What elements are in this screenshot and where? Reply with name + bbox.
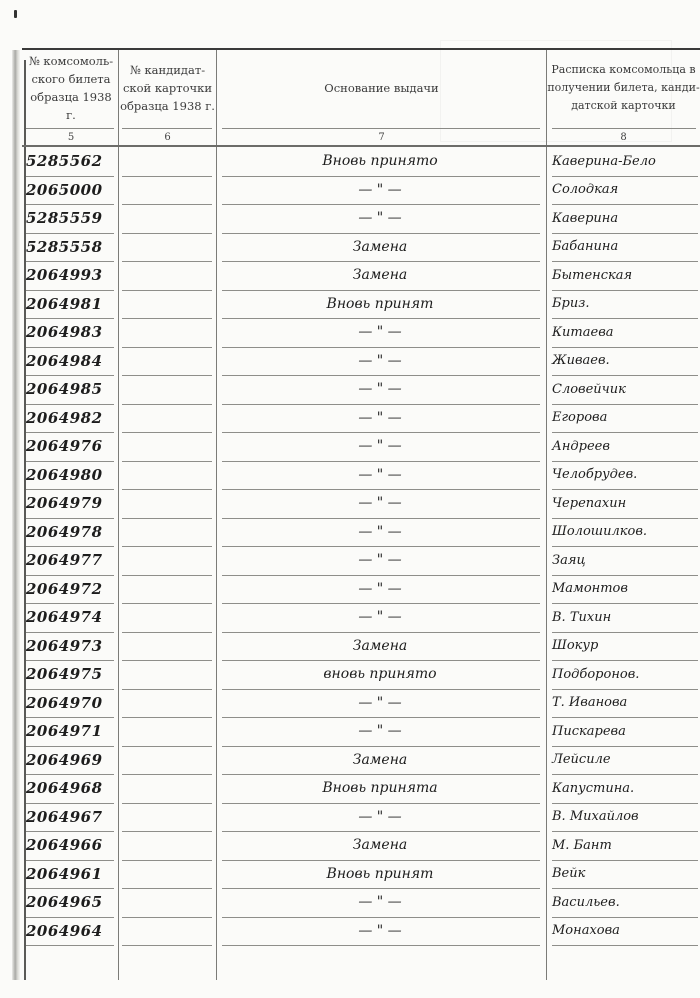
ticket-number: 2064981 xyxy=(26,291,126,317)
ticket-number: 2064983 xyxy=(26,319,126,345)
issue-reason: Замена xyxy=(220,262,540,288)
header-receipt-signature: Расписка комсомольца в получении билета,… xyxy=(547,52,700,124)
ink-mark xyxy=(14,10,17,18)
column-number-5: 5 xyxy=(24,130,118,144)
issue-reason: — " — xyxy=(220,576,540,602)
row-rule xyxy=(122,290,212,291)
receipt-signature: Бабанина xyxy=(548,234,700,260)
row-rule xyxy=(122,632,212,633)
row-rule xyxy=(122,233,212,234)
row-rule xyxy=(26,945,114,946)
receipt-signature: Шокур xyxy=(548,633,700,659)
row-rule xyxy=(122,461,212,462)
header-text: Основание выдачи xyxy=(324,79,438,97)
column-divider-7-8 xyxy=(546,50,547,980)
receipt-signature: Васильев. xyxy=(548,889,700,915)
issue-reason: — " — xyxy=(220,462,540,488)
receipt-signature: Шолошилков. xyxy=(548,519,700,545)
issue-reason: — " — xyxy=(220,348,540,374)
receipt-signature: Андреев xyxy=(548,433,700,459)
row-rule xyxy=(552,945,698,946)
ticket-number: 2064976 xyxy=(26,433,126,459)
receipt-signature: Бриз. xyxy=(548,291,700,317)
issue-reason: Вновь принят xyxy=(220,861,540,887)
receipt-signature: Егорова xyxy=(548,405,700,431)
row-rule xyxy=(122,347,212,348)
receipt-signature: Пискарева xyxy=(548,718,700,744)
ticket-number: 2064967 xyxy=(26,804,126,830)
ticket-number: 2064964 xyxy=(26,918,126,944)
ticket-number: 2064979 xyxy=(26,490,126,516)
issue-reason: — " — xyxy=(220,804,540,830)
header-komsomol-ticket: № комсомоль-ского билета образца 1938 г. xyxy=(24,52,118,124)
row-rule xyxy=(122,575,212,576)
issue-reason: Замена xyxy=(220,832,540,858)
ticket-number: 2064978 xyxy=(26,519,126,545)
issue-reason: Замена xyxy=(220,747,540,773)
issue-reason: вновь принято xyxy=(220,661,540,687)
issue-reason: — " — xyxy=(220,433,540,459)
row-rule xyxy=(122,860,212,861)
receipt-signature: В. Михайлов xyxy=(548,804,700,830)
row-rule xyxy=(122,375,212,376)
receipt-signature: В. Тихин xyxy=(548,604,700,630)
row-rule xyxy=(122,831,212,832)
receipt-signature: Т. Иванова xyxy=(548,690,700,716)
row-rule xyxy=(122,717,212,718)
number-rule xyxy=(26,128,114,129)
page-binding-edge xyxy=(12,50,20,980)
header-text: № кандидат-ской карточки образца 1938 г. xyxy=(119,61,216,115)
issue-reason: — " — xyxy=(220,177,540,203)
issue-reason: Вновь принята xyxy=(220,775,540,801)
ticket-number: 2064969 xyxy=(26,747,126,773)
receipt-signature: Солодкая xyxy=(548,177,700,203)
receipt-signature: Словейчик xyxy=(548,376,700,402)
table-top-rule xyxy=(22,48,700,50)
ticket-number: 2064974 xyxy=(26,604,126,630)
row-rule xyxy=(122,888,212,889)
issue-reason: Замена xyxy=(220,234,540,260)
ticket-number: 5285558 xyxy=(26,234,126,260)
issue-reason: — " — xyxy=(220,718,540,744)
ticket-number: 2065000 xyxy=(26,177,126,203)
receipt-signature: Лейсиле xyxy=(548,747,700,773)
row-rule xyxy=(122,432,212,433)
receipt-signature: Заяц xyxy=(548,547,700,573)
header-text: Расписка комсомольца в получении билета,… xyxy=(547,61,700,115)
ticket-number: 2064971 xyxy=(26,718,126,744)
issue-reason: — " — xyxy=(220,405,540,431)
issue-reason: — " — xyxy=(220,519,540,545)
receipt-signature: Каверина-Бело xyxy=(548,148,700,174)
receipt-signature: Капустина. xyxy=(548,775,700,801)
receipt-signature: Каверина xyxy=(548,205,700,231)
receipt-signature: Мамонтов xyxy=(548,576,700,602)
ticket-number: 2064985 xyxy=(26,376,126,402)
column-divider-6-7 xyxy=(216,50,217,980)
ticket-number: 2064968 xyxy=(26,775,126,801)
ticket-number: 5285559 xyxy=(26,205,126,231)
issue-reason: Замена xyxy=(220,633,540,659)
row-rule xyxy=(122,518,212,519)
row-rule xyxy=(122,261,212,262)
issue-reason: — " — xyxy=(220,889,540,915)
ticket-number: 2064993 xyxy=(26,262,126,288)
header-candidate-card: № кандидат-ской карточки образца 1938 г. xyxy=(119,52,216,124)
row-rule xyxy=(122,689,212,690)
issue-reason: — " — xyxy=(220,918,540,944)
column-number-6: 6 xyxy=(119,130,216,144)
issue-reason: — " — xyxy=(220,490,540,516)
receipt-signature: Китаева xyxy=(548,319,700,345)
issue-reason: — " — xyxy=(220,690,540,716)
row-rule xyxy=(122,489,212,490)
receipt-signature: Монахова xyxy=(548,918,700,944)
row-rule xyxy=(122,603,212,604)
number-rule xyxy=(222,128,540,129)
receipt-signature: М. Бант xyxy=(548,832,700,858)
number-rule xyxy=(122,128,212,129)
ticket-number: 2064961 xyxy=(26,861,126,887)
row-rule xyxy=(122,404,212,405)
ticket-number: 2064972 xyxy=(26,576,126,602)
ticket-number: 2064973 xyxy=(26,633,126,659)
ticket-number: 2064984 xyxy=(26,348,126,374)
ticket-number: 2064982 xyxy=(26,405,126,431)
column-number-7: 7 xyxy=(217,130,546,144)
receipt-signature: Подборонов. xyxy=(548,661,700,687)
ticket-number: 2064975 xyxy=(26,661,126,687)
receipt-signature: Бытенская xyxy=(548,262,700,288)
header-issue-reason: Основание выдачи xyxy=(217,52,546,124)
issue-reason: Вновь принято xyxy=(220,148,540,174)
issue-reason: Вновь принят xyxy=(220,291,540,317)
row-rule xyxy=(122,803,212,804)
issue-reason: — " — xyxy=(220,376,540,402)
ticket-number: 5285562 xyxy=(26,148,126,174)
ticket-number: 2064980 xyxy=(26,462,126,488)
row-rule xyxy=(122,917,212,918)
ticket-number: 2064965 xyxy=(26,889,126,915)
row-rule xyxy=(122,774,212,775)
row-rule xyxy=(122,176,212,177)
issue-reason: — " — xyxy=(220,604,540,630)
row-rule xyxy=(122,746,212,747)
row-rule xyxy=(122,546,212,547)
row-rule xyxy=(122,660,212,661)
ticket-number: 2064977 xyxy=(26,547,126,573)
number-rule xyxy=(552,128,696,129)
header-text: № комсомоль-ского билета образца 1938 г. xyxy=(24,52,118,124)
row-rule xyxy=(122,204,212,205)
column-number-8: 8 xyxy=(547,130,700,144)
row-rule xyxy=(122,945,212,946)
receipt-signature: Челобрудев. xyxy=(548,462,700,488)
issue-reason: — " — xyxy=(220,205,540,231)
ticket-number: 2064970 xyxy=(26,690,126,716)
receipt-signature: Живаев. xyxy=(548,348,700,374)
ticket-number: 2064966 xyxy=(26,832,126,858)
header-separator xyxy=(22,145,700,147)
row-rule xyxy=(122,318,212,319)
row-rule xyxy=(222,945,540,946)
issue-reason: — " — xyxy=(220,547,540,573)
issue-reason: — " — xyxy=(220,319,540,345)
receipt-signature: Вейк xyxy=(548,861,700,887)
receipt-signature: Черепахин xyxy=(548,490,700,516)
